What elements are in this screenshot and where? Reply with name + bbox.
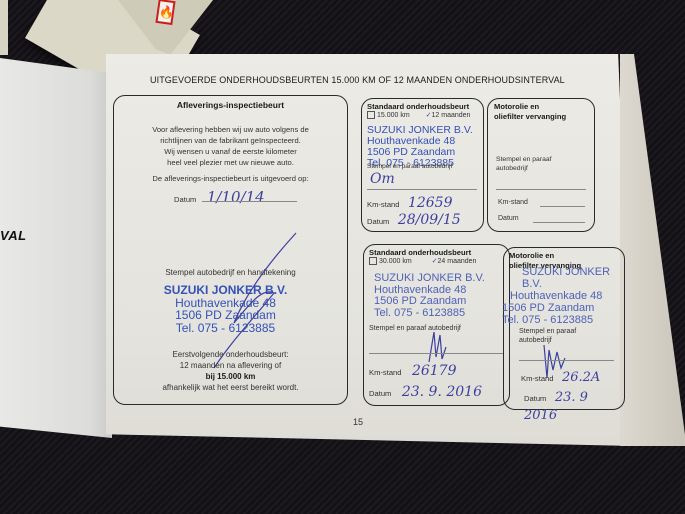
stamp-label: Stempel en paraaf autobedrijf [367, 163, 452, 170]
stamp-street: Houthavenkade 48 [502, 290, 624, 302]
date-label: Datum [174, 195, 196, 204]
km-value: 26.2A [562, 370, 600, 385]
stamp-line [367, 189, 477, 190]
service-panel-1: Standaard onderhoudsbeurt 15.000 km ✓12 … [361, 98, 484, 232]
stamp-city: 1506 PD Zaandam [502, 302, 624, 314]
km-row: Km-stand 12659 [367, 194, 453, 212]
km-label: Km-stand [367, 200, 400, 209]
date-label: Datum [369, 389, 391, 398]
delivery-date-value: 1/10/14 [207, 188, 265, 206]
date-row: Datum 23. 9 2016 [524, 388, 624, 424]
next-service-line: afhankelijk wat het eerst bereikt wordt. [114, 382, 347, 393]
stamp-name: SUZUKI JONKER B.V. [502, 266, 624, 290]
intro-line: Voor aflevering hebben wij uw auto volge… [114, 124, 347, 135]
intro-line: Wij wensen u vanaf de eerste kilometer [114, 146, 347, 157]
intro-line: richtlijnen van de fabrikant geïnspectee… [114, 135, 347, 146]
date-value: 23. 9. 2016 [402, 384, 482, 400]
signature-mark [424, 327, 449, 367]
delivery-intro: Voor aflevering hebben wij uw auto volge… [114, 124, 347, 168]
oil-title-line: Motorolie en [509, 251, 624, 261]
km-row: Km-stand 26.2A [521, 368, 600, 386]
next-service-line: bij 15.000 km [114, 371, 347, 382]
km-line [540, 206, 585, 207]
date-line [533, 222, 585, 223]
delivery-inspection-panel: Afleverings-inspectiebeurt Voor afleveri… [113, 95, 348, 405]
delivery-date-row: Datum 1/10/14 [174, 188, 265, 207]
km-option: 15.000 km [377, 112, 410, 119]
km-label: Km-stand [521, 374, 554, 383]
stamp-line [496, 189, 586, 190]
oil-change-panel-2: Motorolie en oliefilter vervanging SUZUK… [503, 247, 625, 410]
stamp-label-line: Stempel en paraaf [496, 155, 552, 164]
performed-on-label: De afleverings-inspectiebeurt is uitgevo… [114, 174, 347, 183]
date-label: Datum [524, 394, 546, 403]
stamp-label-line: Stempel en paraaf [519, 327, 576, 336]
box-edge [0, 0, 8, 55]
delivery-inspection-title: Afleverings-inspectiebeurt [114, 100, 347, 110]
next-service-line: Eerstvolgende onderhoudsbeurt: [114, 349, 347, 360]
next-service-line: 12 maanden na aflevering of [114, 360, 347, 371]
oil-title-line: Motorolie en [494, 102, 594, 112]
left-page-heading-fragment: VAL [0, 228, 27, 243]
stamp-label: Stempel en paraaf autobedrijf [496, 155, 552, 173]
service-options: 30.000 km ✓24 maanden [369, 257, 509, 265]
next-service-info: Eerstvolgende onderhoudsbeurt: 12 maande… [114, 349, 347, 393]
oil-stamp: SUZUKI JONKER B.V. Houthavenkade 48 1506… [502, 266, 624, 326]
stamp-name: SUZUKI JONKER B.V. [374, 273, 509, 285]
date-row: Datum 23. 9. 2016 [369, 383, 482, 401]
km-checkbox[interactable] [367, 111, 375, 119]
oil-title: Motorolie en oliefilter vervanging [494, 102, 594, 122]
flammable-icon: 🔥 [155, 0, 175, 25]
service-stamp: SUZUKI JONKER B.V. Houthavenkade 48 1506… [374, 273, 509, 319]
stamp-phone: Tel. 075 - 6123885 [374, 308, 509, 320]
km-checkbox[interactable] [369, 257, 377, 265]
service-options: 15.000 km ✓12 maanden [367, 111, 483, 119]
km-row: Km-stand 26179 [369, 362, 457, 380]
stamp-line [519, 360, 614, 361]
date-label: Datum [498, 215, 519, 222]
km-label: Km-stand [369, 368, 402, 377]
date-value: 28/09/15 [398, 212, 461, 228]
initials: Om [370, 171, 395, 187]
months-option: 12 maanden [432, 112, 471, 119]
oil-change-panel-1: Motorolie en oliefilter vervanging Stemp… [487, 98, 595, 232]
date-row: Datum 28/09/15 [367, 211, 461, 229]
oil-title-line: oliefilter vervanging [494, 112, 594, 122]
intro-line: heel veel plezier met uw nieuwe auto. [114, 157, 347, 168]
km-value: 12659 [408, 195, 453, 211]
page-number: 15 [353, 417, 363, 427]
service-panel-2: Standaard onderhoudsbeurt 30.000 km ✓24 … [363, 244, 510, 406]
months-option: 24 maanden [438, 258, 477, 265]
stamp-line [369, 353, 504, 354]
km-value: 26179 [412, 363, 457, 379]
page-heading: UITGEVOERDE ONDERHOUDSBEURTEN 15.000 KM … [150, 75, 565, 85]
service-title: Standaard onderhoudsbeurt [369, 248, 509, 257]
date-line [202, 201, 297, 202]
left-page [0, 58, 112, 438]
stamp-phone: Tel. 075 - 6123885 [502, 314, 624, 326]
km-option: 30.000 km [379, 258, 412, 265]
service-title: Standaard onderhoudsbeurt [367, 102, 483, 111]
date-label: Datum [367, 217, 389, 226]
stamp-label-line: autobedrijf [496, 164, 552, 173]
km-label: Km-stand [498, 199, 528, 206]
